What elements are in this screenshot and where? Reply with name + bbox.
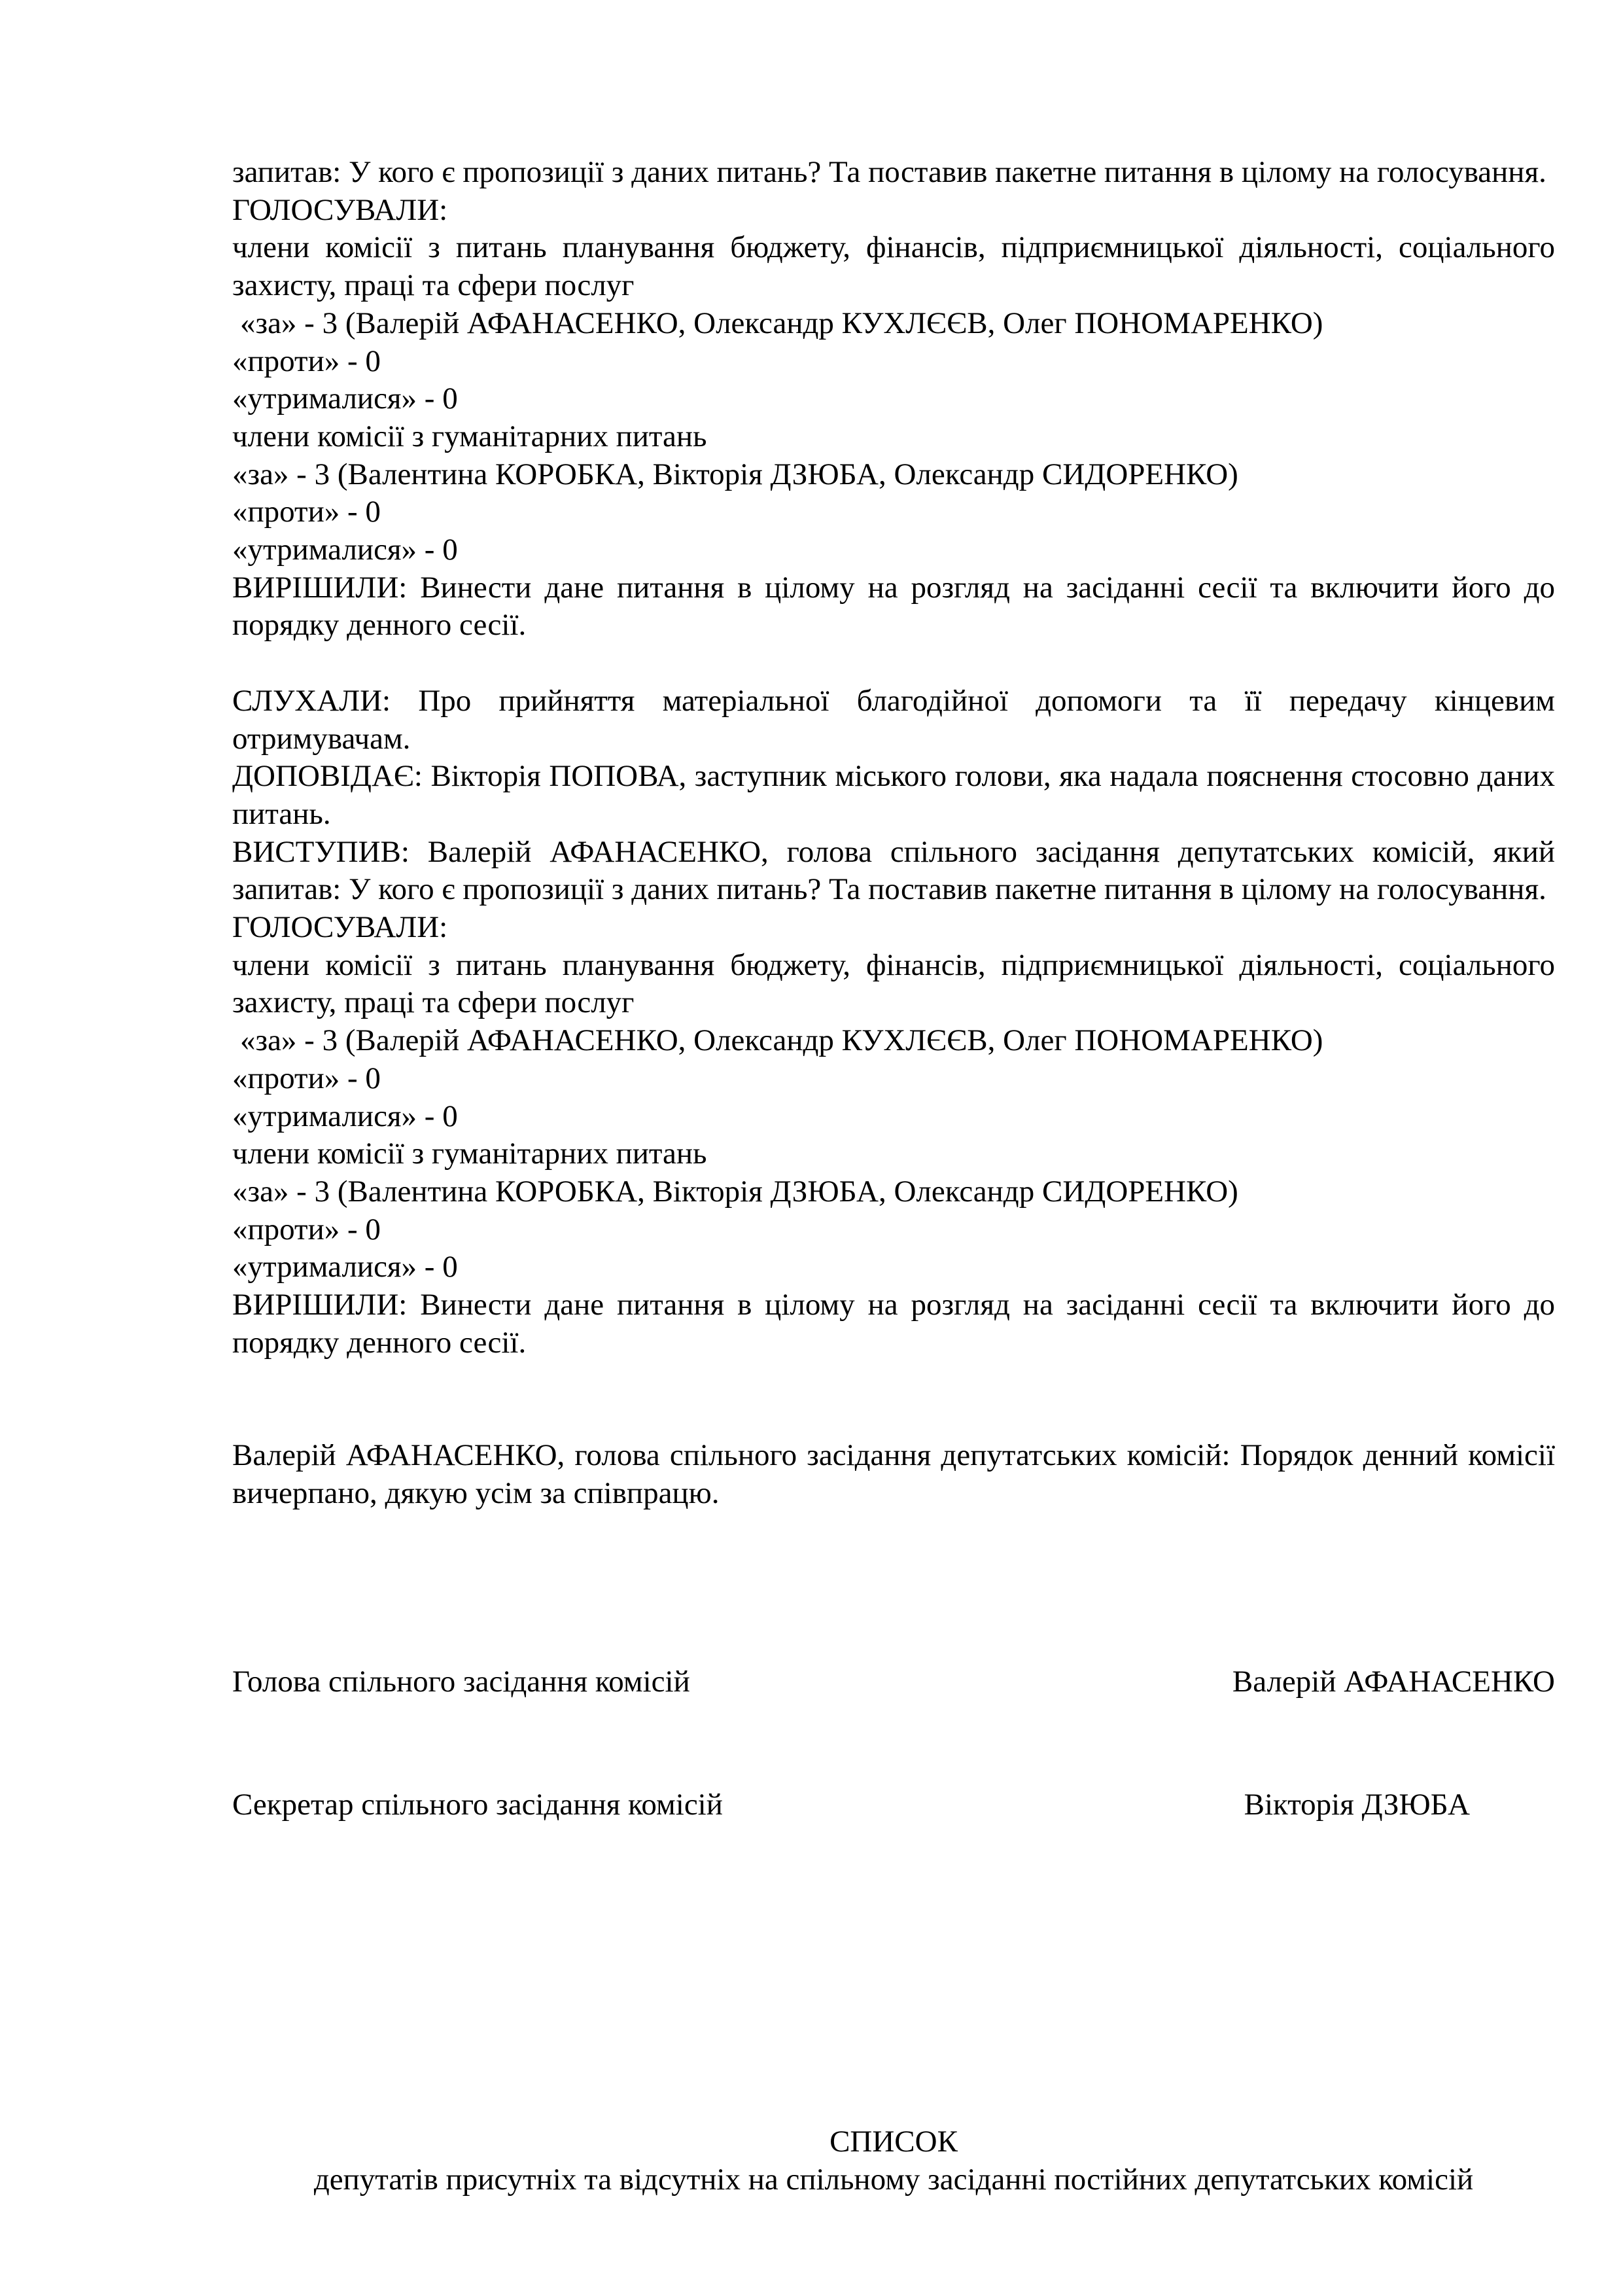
reporter: ДОПОВІДАЄ: Вікторія ПОПОВА, заступник мі… [232,758,1555,833]
section-heading-voted: ГОЛОСУВАЛИ: [232,192,1555,230]
vote-abstain: «утрималися» - 0 [232,1098,1555,1136]
paragraph: запитав: У кого є пропозиції з даних пит… [232,154,1555,192]
vote-against: «проти» - 0 [232,493,1555,531]
vote-for: «за» - 3 (Валентина КОРОБКА, Вікторія ДЗ… [232,1173,1555,1211]
voting-block-2: СЛУХАЛИ: Про прийняття матеріальної благ… [232,682,1555,1362]
committee-humanitarian-label: члени комісії з гуманітарних питань [232,418,1555,456]
voting-block-1: запитав: У кого є пропозиції з даних пит… [232,154,1555,645]
attendance-list-header: СПИСОК депутатів присутніх та відсутніх … [232,2123,1555,2199]
section-heading-voted: ГОЛОСУВАЛИ: [232,909,1555,947]
committee-humanitarian-label: члени комісії з гуманітарних питань [232,1135,1555,1173]
signature-role: Голова спільного засідання комісій [232,1663,690,1701]
vote-abstain: «утрималися» - 0 [232,531,1555,569]
speaker: ВИСТУПИВ: Валерій АФАНАСЕНКО, голова спі… [232,834,1555,909]
vote-against: «проти» - 0 [232,1211,1555,1249]
vote-against: «проти» - 0 [232,343,1555,381]
vote-abstain: «утрималися» - 0 [232,380,1555,418]
vote-for: «за» - 3 (Валентина КОРОБКА, Вікторія ДЗ… [232,456,1555,494]
vote-against: «проти» - 0 [232,1060,1555,1098]
signature-role: Секретар спільного засідання комісій [232,1786,723,1824]
list-subtitle: депутатів присутніх та відсутніх на спіл… [232,2161,1555,2199]
heard-item: СЛУХАЛИ: Про прийняття матеріальної благ… [232,682,1555,758]
list-title: СПИСОК [232,2123,1555,2161]
vote-for: «за» - 3 (Валерій АФАНАСЕНКО, Олександр … [232,305,1555,343]
signature-name: Валерій АФАНАСЕНКО [1232,1663,1555,1701]
signature-secretary: Секретар спільного засідання комісій Вік… [232,1786,1555,1824]
signature-chair: Голова спільного засідання комісій Валер… [232,1663,1555,1701]
vote-for: «за» - 3 (Валерій АФАНАСЕНКО, Олександр … [232,1022,1555,1060]
vote-abstain: «утрималися» - 0 [232,1248,1555,1286]
closing-remark: Валерій АФАНАСЕНКО, голова спільного зас… [232,1437,1555,1512]
document-page: запитав: У кого є пропозиції з даних пит… [232,154,1555,1824]
signature-name: Вікторія ДЗЮБА [1244,1786,1555,1824]
committee-budget-label: члени комісії з питань планування бюджет… [232,229,1555,304]
decision: ВИРІШИЛИ: Винести дане питання в цілому … [232,1286,1555,1362]
committee-budget-label: члени комісії з питань планування бюджет… [232,947,1555,1022]
decision: ВИРІШИЛИ: Винести дане питання в цілому … [232,569,1555,645]
